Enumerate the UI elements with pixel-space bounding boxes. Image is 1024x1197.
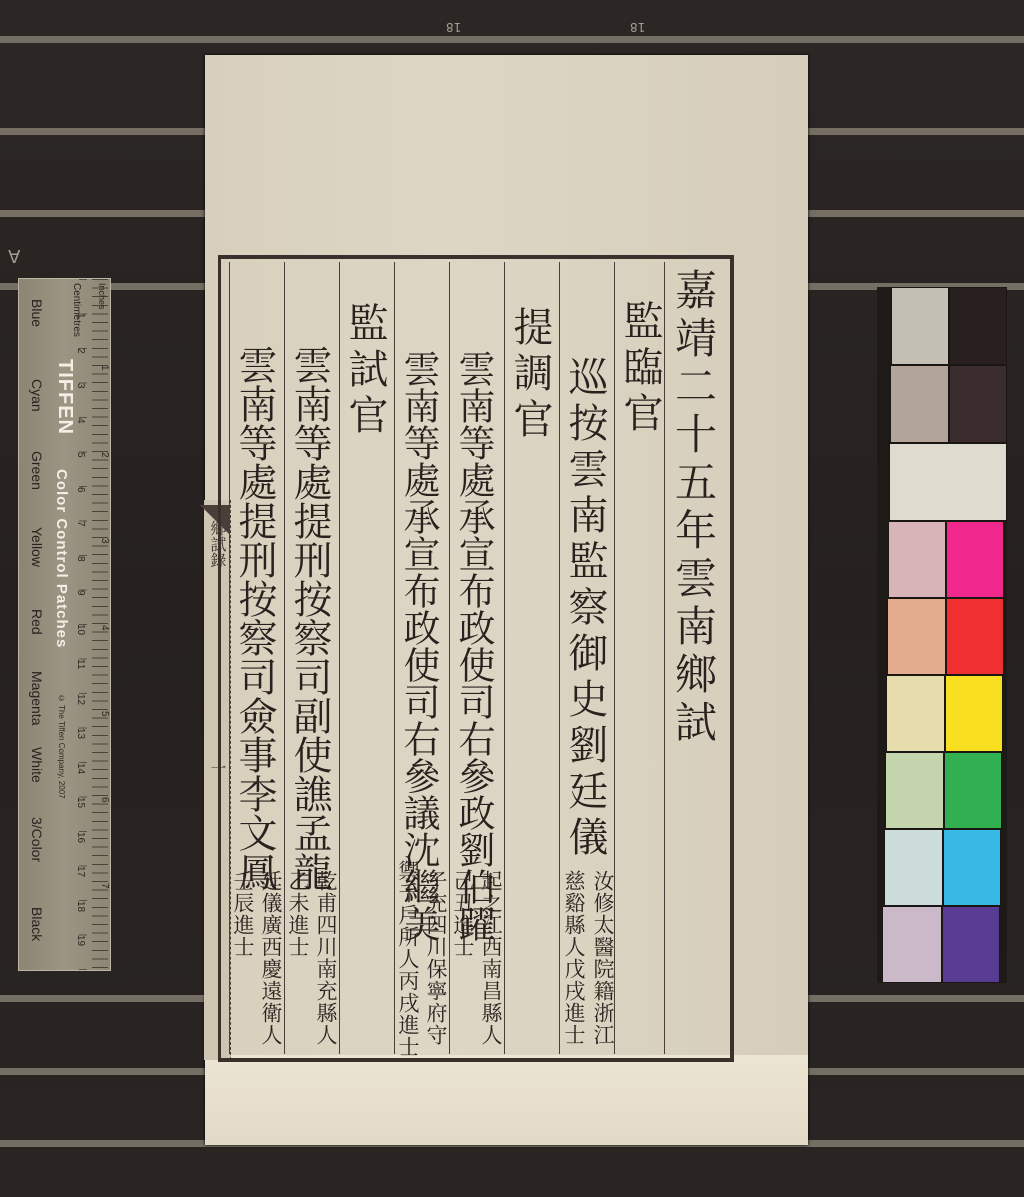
patch-pale-salmon (887, 598, 946, 675)
patch-white (889, 443, 1007, 521)
color-label-3color: 3/Color (29, 817, 45, 862)
color-label-cyan: Cyan (29, 379, 45, 412)
patch-green (944, 752, 1002, 829)
color-label-black: Black (29, 907, 45, 941)
inch-tick-1: 1 (99, 365, 110, 371)
official-note-right: 起之江西南昌縣人 (480, 870, 501, 1046)
official-name-line: 雲南等處承宣布政使司右參政劉伯躍 (455, 350, 492, 942)
official-note-left: 慈谿縣人戊戌進士 (563, 870, 584, 1046)
inch-tick-2: 2 (99, 452, 110, 458)
side-letter: A (8, 245, 20, 266)
cm-tick-19: 19 (75, 935, 86, 946)
cm-tick-13: 13 (75, 728, 86, 739)
official-note-left: 己丑進士 (452, 870, 473, 958)
column-rule (449, 262, 450, 1054)
official-note-right: 廷儀廣西慶遠衛人 (260, 870, 281, 1046)
cm-tick-6: 6 (75, 487, 86, 493)
product-name: Color Control Patches (53, 469, 70, 648)
scale-mark: 18 (630, 20, 645, 34)
column-rule (229, 262, 230, 1054)
official-name-line: 雲南等處提刑按察司僉事李文鳳 (235, 345, 274, 891)
official-note-left: 乙未進士 (287, 870, 308, 958)
patch-yellow (945, 675, 1003, 752)
patch-tan (890, 365, 949, 443)
cm-tick-5: 5 (75, 452, 86, 458)
cm-tick-17: 17 (75, 866, 86, 877)
color-label-red: Red (29, 609, 45, 635)
board-stripe (0, 36, 1024, 43)
tiffen-logo: TIFFEN (53, 359, 76, 435)
cm-tick-3: 3 (75, 383, 86, 389)
official-note-right: 乾甫四川南充縣人 (315, 870, 336, 1046)
cm-tick-2: 2 (75, 348, 86, 354)
exam-title: 嘉靖二十五年雲南鄉試 (672, 268, 714, 748)
inch-tick-5: 5 (99, 711, 110, 717)
cm-tick-12: 12 (75, 694, 86, 705)
color-control-patches (877, 287, 1007, 983)
cm-tick-10: 10 (75, 624, 86, 635)
column-rule (394, 262, 395, 1054)
cm-tick-9: 9 (75, 590, 86, 596)
color-label-magenta: Magenta (29, 671, 45, 725)
color-label-yellow: Yellow (29, 527, 45, 567)
section-heading: 提調官 (510, 306, 550, 444)
patch-pale-cyan (884, 829, 943, 906)
official-note-left: 禦千戶所人丙戌進士 (397, 860, 418, 1058)
color-label-green: Green (29, 451, 45, 490)
section-heading: 監臨官 (620, 300, 660, 438)
official-note-right: 子充四川保寧府守 (425, 870, 446, 1046)
patch-magenta (946, 521, 1004, 598)
color-label-white: White (29, 747, 45, 783)
inch-tick-6: 6 (99, 797, 110, 803)
column-rule (664, 262, 665, 1054)
patch-pale-yellow (886, 675, 945, 752)
cm-tick-8: 8 (75, 556, 86, 562)
column-rule (559, 262, 560, 1054)
cm-tick-14: 14 (75, 763, 86, 774)
scale-mark: 18 (446, 20, 461, 34)
patch-black (949, 287, 1007, 365)
patch-pale-green (885, 752, 944, 829)
inch-tick-7: 7 (99, 883, 110, 889)
patch-blue-violet (942, 906, 1000, 983)
cm-tick-11: 11 (75, 659, 86, 669)
cm-tick-15: 15 (75, 797, 86, 808)
page-bottom-margin (205, 1055, 808, 1145)
column-rule (339, 262, 340, 1054)
patch-red (946, 598, 1004, 675)
patch-dark-brown (949, 365, 1007, 443)
inch-tick-4: 4 (99, 625, 110, 631)
inches-label: Inches (97, 283, 107, 310)
official-note-right: 汝修太醫院籍浙江 (592, 870, 613, 1046)
official-note-left: 壬辰進士 (232, 870, 253, 958)
official-name-line: 巡按雲南監察御史劉廷儀 (565, 356, 605, 862)
patch-light-gray (891, 287, 949, 365)
cm-tick-4: 4 (75, 418, 86, 424)
cm-tick-18: 18 (75, 901, 86, 912)
cm-tick-7: 7 (75, 521, 86, 527)
patch-pale-lavender (882, 906, 942, 983)
patch-cyan (943, 829, 1001, 906)
official-name-line: 雲南等處提刑按察司副使譙孟龍 (290, 345, 329, 891)
color-label-blue: Blue (29, 299, 45, 327)
column-rule (284, 262, 285, 1054)
tiffen-ruler: Inches Centimetres TIFFEN Color Control … (18, 278, 111, 971)
section-heading: 監試官 (345, 302, 385, 440)
inch-tick-3: 3 (99, 538, 110, 544)
cm-tick-1: 1 (75, 313, 86, 319)
official-name-line: 雲南等處承宣布政使司右參議沈繼美 (400, 350, 437, 942)
centimetres-label: Centimetres (71, 283, 82, 337)
column-rule (504, 262, 505, 1054)
patch-pale-pink (888, 521, 946, 598)
copyright: © The Tiffen Company, 2007 (57, 694, 66, 799)
cm-tick-16: 16 (75, 832, 86, 843)
